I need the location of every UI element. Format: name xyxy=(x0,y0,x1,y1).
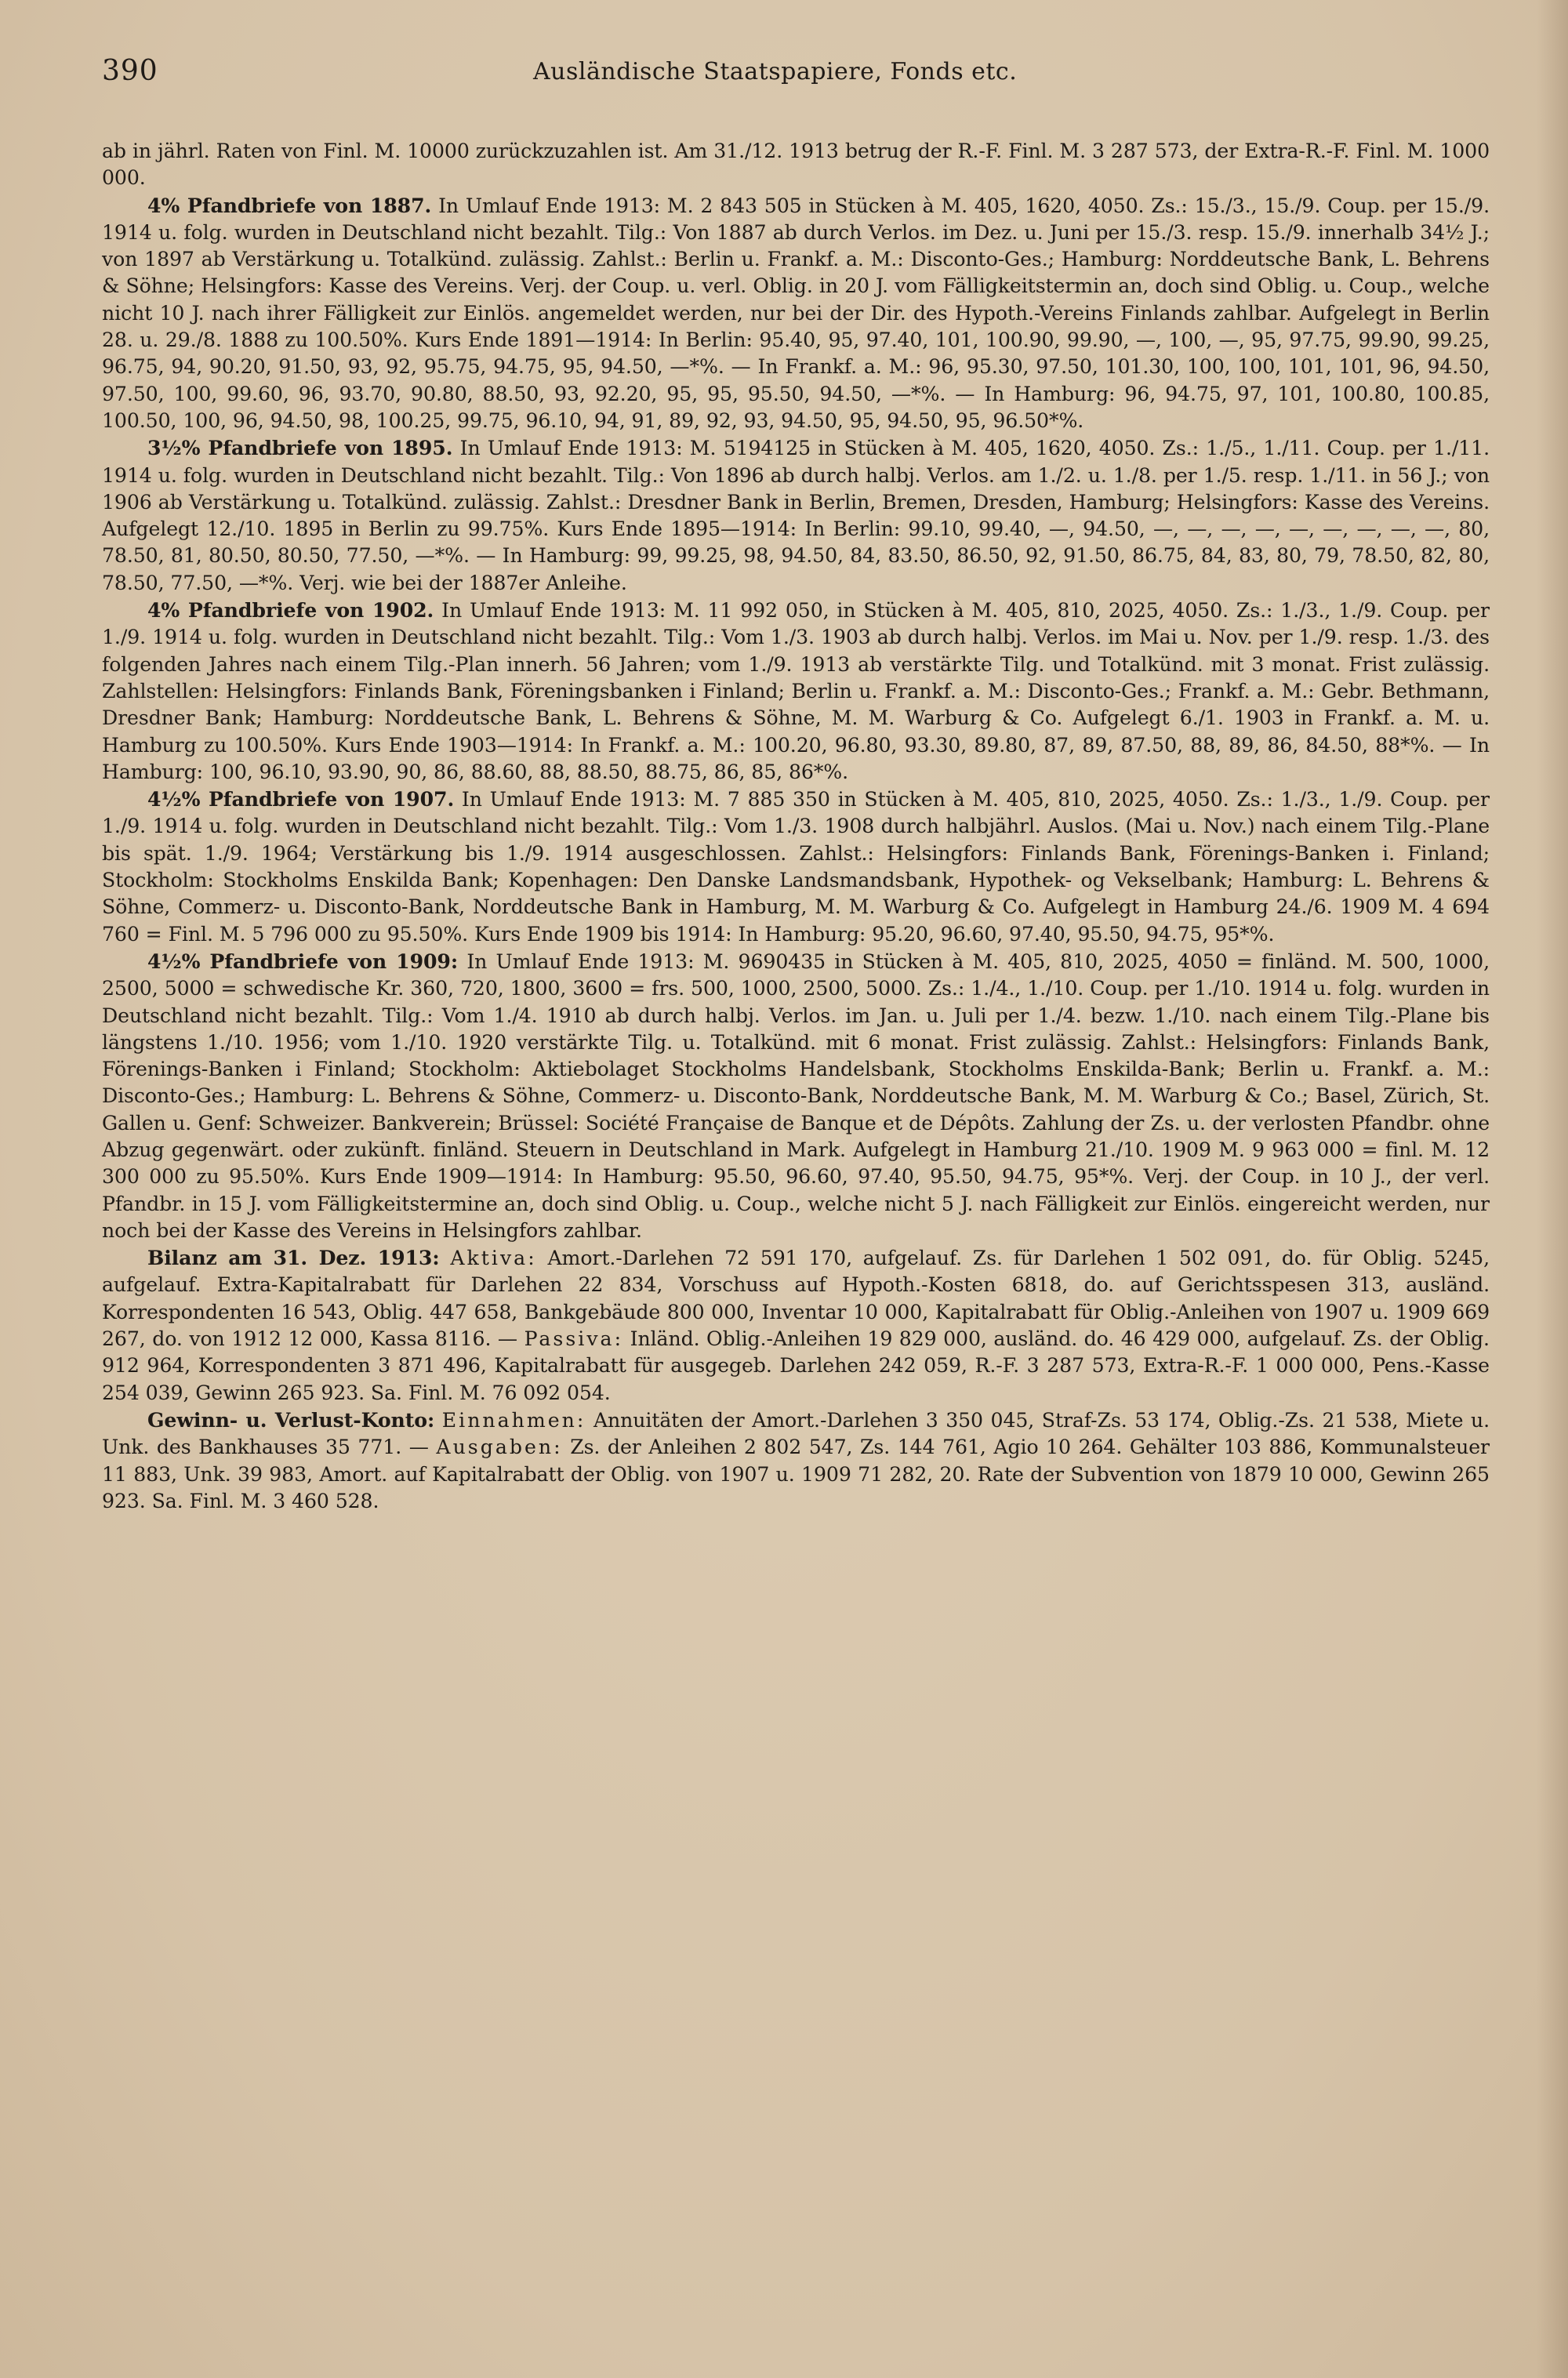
entry-title: 4½% Pfandbriefe von 1909: xyxy=(147,949,458,973)
entry-title: 4% Pfandbriefe von 1902. xyxy=(147,598,434,622)
aktiva-label: Aktiva: xyxy=(450,1247,536,1269)
entry-text: In Umlauf Ende 1913: M. 7 885 350 in Stü… xyxy=(102,788,1490,945)
entry-title: 4% Pfandbriefe von 1887. xyxy=(147,194,431,217)
passiva-label: Passiva: xyxy=(524,1327,623,1350)
entry-text: In Umlauf Ende 1913: M. 9690435 in Stück… xyxy=(102,950,1490,1242)
bilanz-section: Bilanz am 31. Dez. 1913: Aktiva: Amort.-… xyxy=(102,1244,1490,1407)
entry-title: 4½% Pfandbriefe von 1907. xyxy=(147,787,454,811)
running-title: Ausländische Staatspapiere, Fonds etc. xyxy=(533,58,1017,85)
entry-text: In Umlauf Ende 1913: M. 5194125 in Stück… xyxy=(102,437,1490,594)
entry-pfandbriefe-1902: 4% Pfandbriefe von 1902. In Umlauf Ende … xyxy=(102,597,1490,786)
entry-title: 3½% Pfandbriefe von 1895. xyxy=(147,436,452,459)
page-number: 390 xyxy=(102,55,158,87)
continuation-paragraph: ab in jährl. Raten von Finl. M. 10000 zu… xyxy=(102,138,1490,192)
page-body: ab in jährl. Raten von Finl. M. 10000 zu… xyxy=(102,138,1490,1515)
entry-pfandbriefe-1895: 3½% Pfandbriefe von 1895. In Umlauf Ende… xyxy=(102,434,1490,597)
page-header: 390 Ausländische Staatspapiere, Fonds et… xyxy=(102,55,1490,94)
einnahmen-label: Einnahmen: xyxy=(442,1409,586,1432)
entry-text: In Umlauf Ende 1913: M. 11 992 050, in S… xyxy=(102,599,1490,783)
entry-pfandbriefe-1909: 4½% Pfandbriefe von 1909: In Umlauf Ende… xyxy=(102,948,1490,1244)
entry-pfandbriefe-1887: 4% Pfandbriefe von 1887. In Umlauf Ende … xyxy=(102,192,1490,435)
page-edge-shadow xyxy=(1537,0,1568,2378)
entry-pfandbriefe-1907: 4½% Pfandbriefe von 1907. In Umlauf Ende… xyxy=(102,786,1490,948)
entry-text: In Umlauf Ende 1913: M. 2 843 505 in Stü… xyxy=(102,194,1490,432)
gewinn-title: Gewinn- u. Verlust-Konto: xyxy=(147,1408,434,1432)
gewinn-verlust-section: Gewinn- u. Verlust-Konto: Einnahmen: Ann… xyxy=(102,1407,1490,1515)
ausgaben-label: Ausgaben: xyxy=(436,1436,562,1458)
bilanz-title: Bilanz am 31. Dez. 1913: xyxy=(147,1246,440,1269)
